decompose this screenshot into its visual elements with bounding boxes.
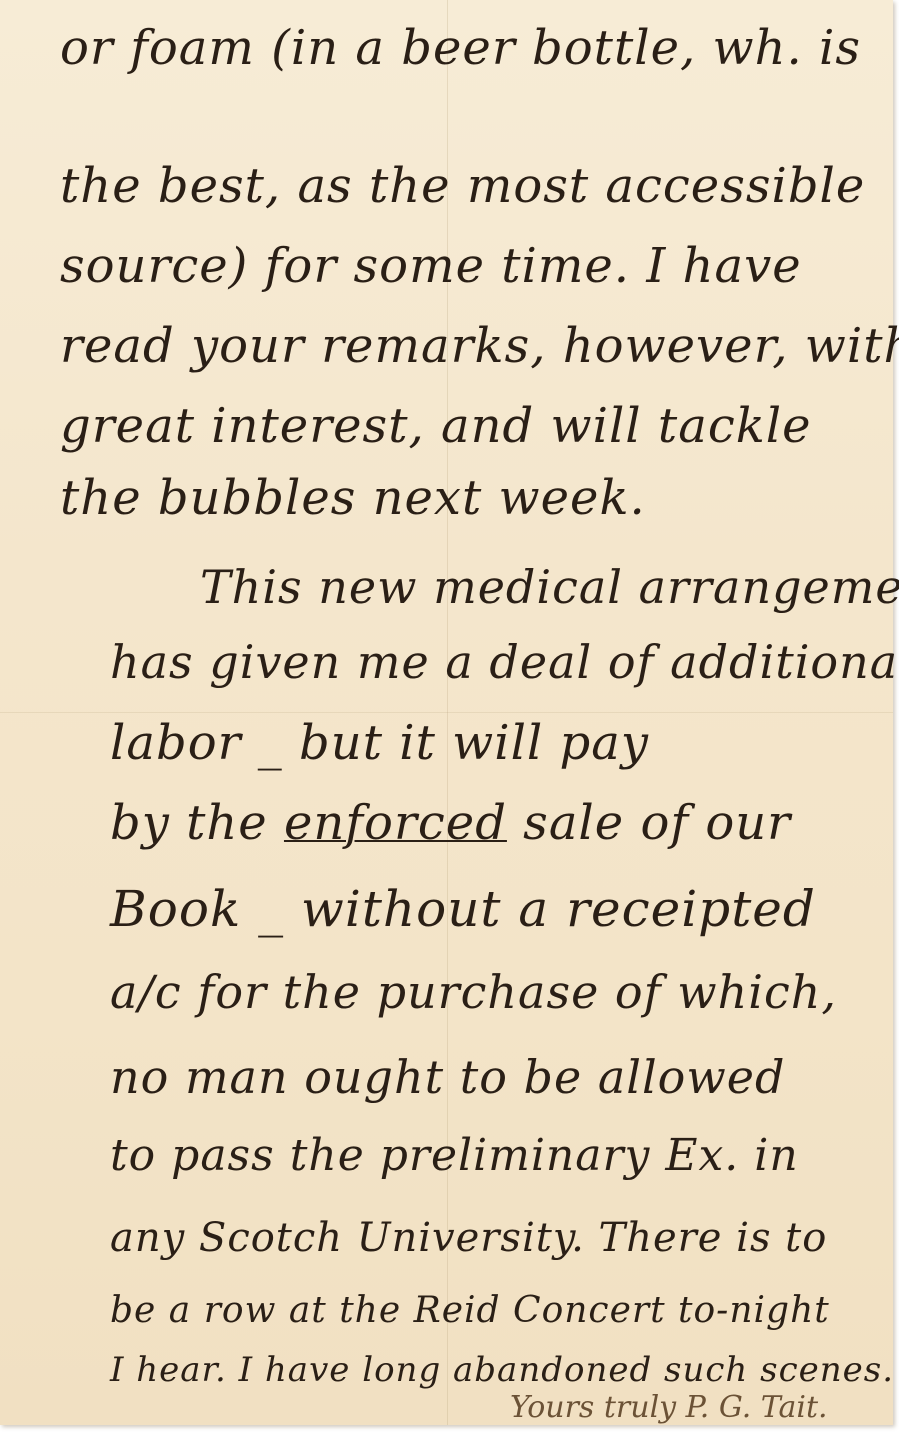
underlined-enforced: enforced [284, 795, 507, 851]
letter-line-3: source) for some time. I have [60, 238, 802, 294]
letter-line-2: the best, as the most accessible [60, 158, 865, 214]
letter-line-9: labor _ but it will pay [110, 715, 649, 771]
line-10-prefix: by the [110, 795, 284, 851]
letter-line-15: any Scotch University. There is to [110, 1215, 827, 1261]
letter-line-7: This new medical arrangement [200, 560, 899, 614]
letter-line-1: or foam (in a beer bottle, wh. is [60, 20, 861, 76]
letter-line-17: I hear. I have long abandoned such scene… [110, 1350, 894, 1390]
line-10-suffix: sale of our [507, 795, 791, 851]
letter-line-13: no man ought to be allowed [110, 1050, 785, 1104]
letter-line-11: Book _ without a receipted [110, 880, 816, 938]
letter-line-14: to pass the preliminary Ex. in [110, 1130, 799, 1181]
paper-fold-horizontal [0, 712, 893, 713]
letter-line-16: be a row at the Reid Concert to-night [110, 1290, 830, 1331]
letter-page: or foam (in a beer bottle, wh. is the be… [0, 0, 893, 1425]
signature: Yours truly P. G. Tait. [510, 1390, 828, 1425]
letter-line-12: a/c for the purchase of which, [110, 965, 837, 1019]
letter-line-5: great interest, and will tackle [60, 398, 812, 454]
letter-line-10: by the enforced sale of our [110, 795, 791, 851]
letter-line-6: the bubbles next week. [60, 470, 646, 526]
letter-line-8: has given me a deal of additional [110, 635, 899, 689]
letter-line-4: read your remarks, however, with [60, 318, 899, 374]
